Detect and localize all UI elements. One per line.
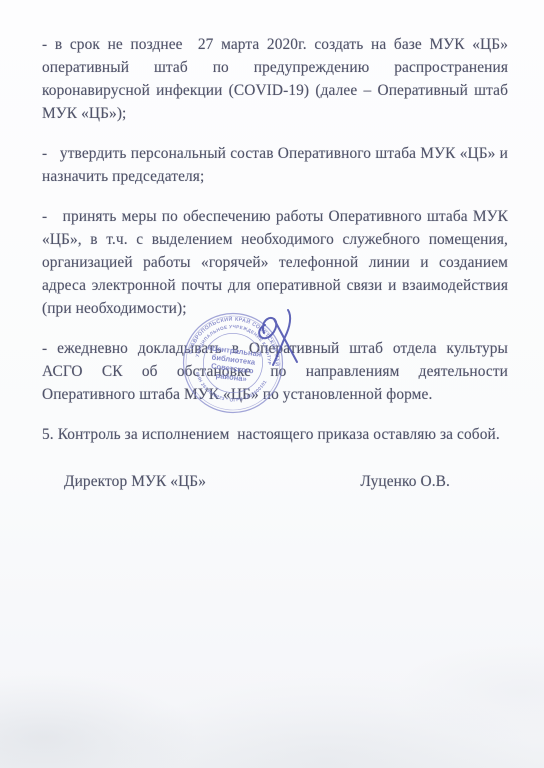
signature-tall-stroke [273,310,290,365]
scanned-document-page: - в срок не позднее 27 марта 2020г. созд… [0,0,544,768]
handwritten-signature [244,306,310,372]
signature-loop-stroke [259,318,276,338]
order-clause-staff: - утвердить персональный состав Оператив… [42,142,508,188]
signature-row: Директор МУК «ЦБ» Луценко О.В. [42,470,508,493]
signatory-name: Луценко О.В. [360,470,450,493]
order-clause-deadline: - в срок не позднее 27 марта 2020г. созд… [42,33,508,125]
order-clause-measures: - принять меры по обеспечению работы Опе… [42,205,508,320]
order-clause-control: 5. Контроль за исполнением настоящего пр… [42,423,508,446]
signatory-title: Директор МУК «ЦБ» [64,470,206,493]
document-body: - в срок не позднее 27 марта 2020г. созд… [42,33,508,493]
